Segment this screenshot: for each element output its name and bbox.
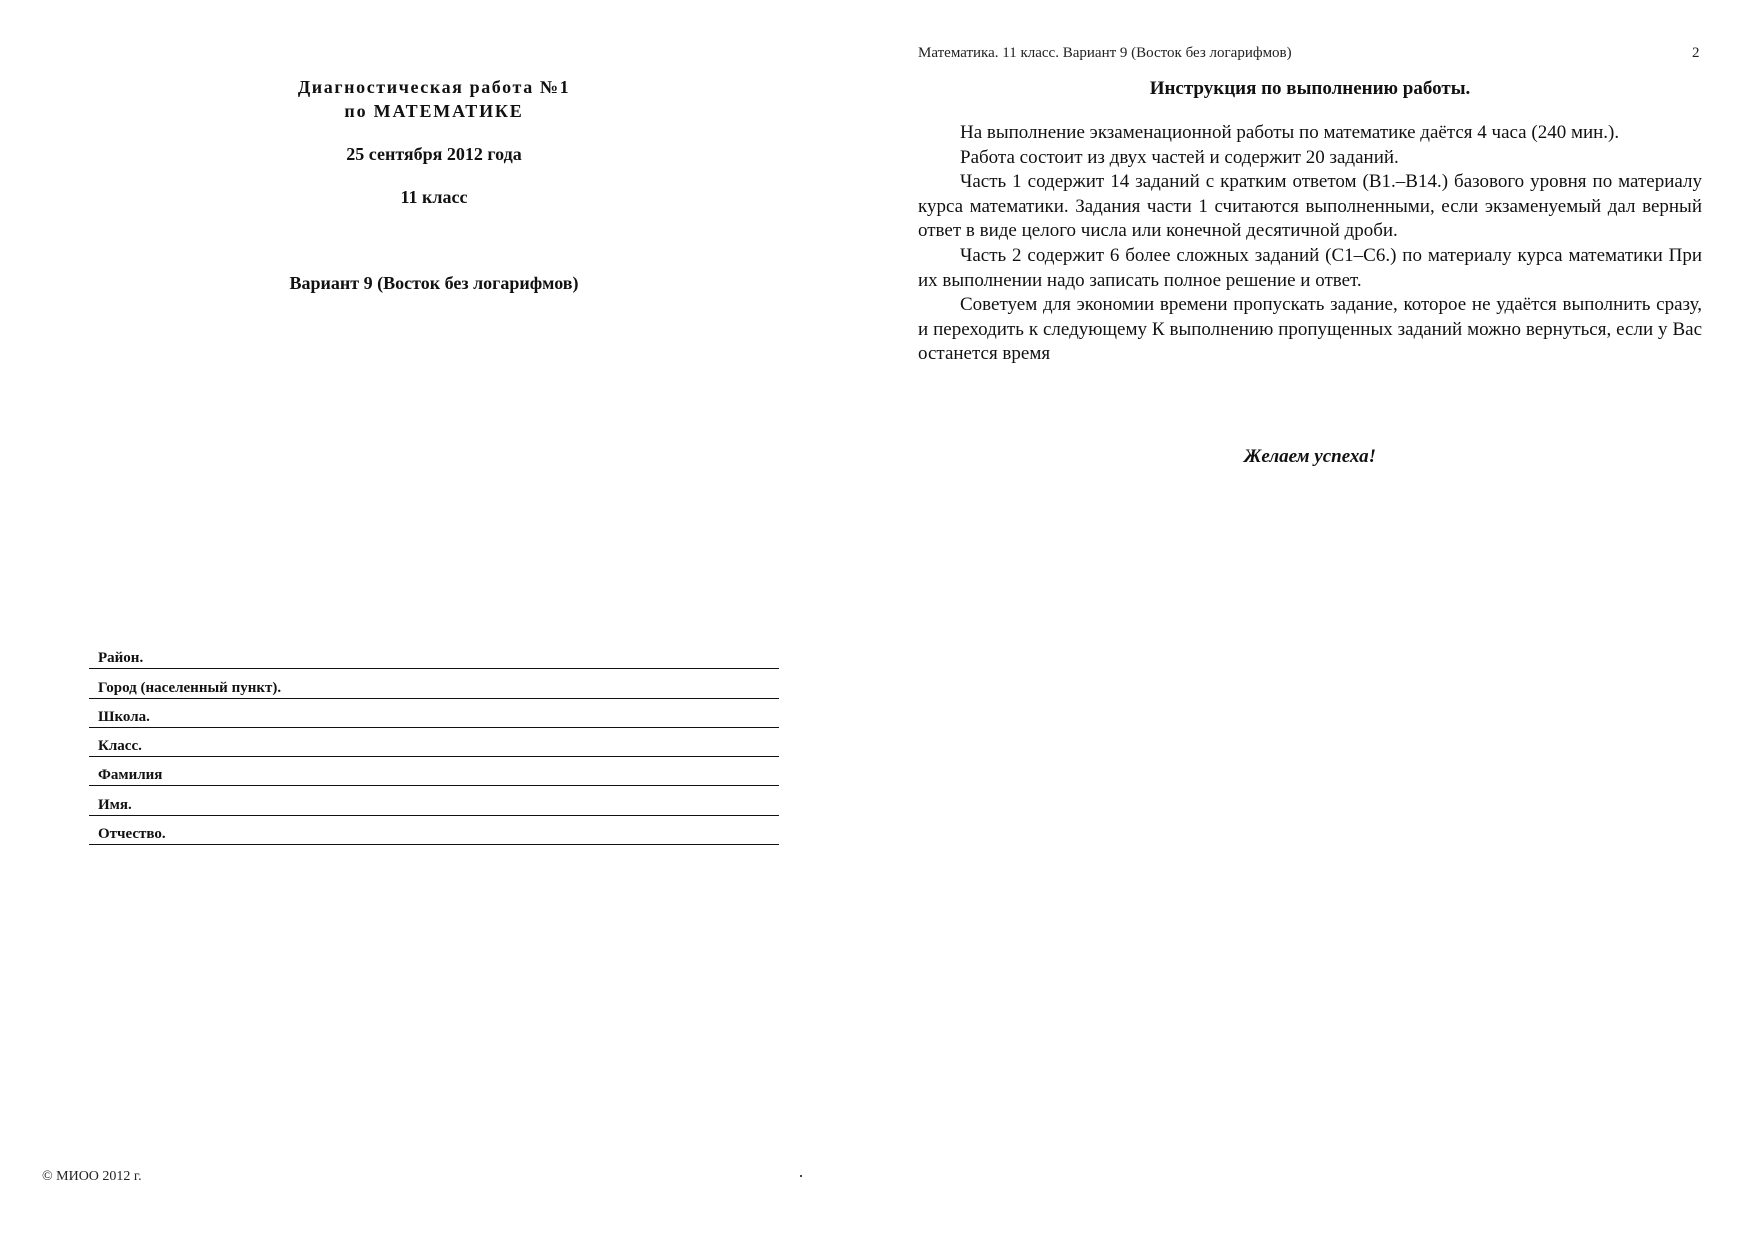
form-field-label: Отчество. [98,825,166,843]
instruction-title: Инструкция по выполнению работы. [918,78,1702,100]
form-field-label: Школа. [98,708,150,726]
page-dot-mark [800,1175,802,1177]
page-number: 2 [1692,44,1700,62]
form-field-school[interactable]: Школа. [89,699,779,728]
form-field-city[interactable]: Город (населенный пункт). [89,669,779,698]
document-subject: по МАТЕМАТИКЕ [0,100,868,122]
instruction-body: На выполнение экзаменационной работы по … [918,121,1702,367]
form-field-name[interactable]: Имя. [89,786,779,815]
form-field-label: Район. [98,649,143,667]
form-field-patronymic[interactable]: Отчество. [89,816,779,845]
form-field-surname[interactable]: Фамилия [89,757,779,786]
document-grade: 11 класс [0,186,868,208]
paragraph-duration: На выполнение экзаменационной работы по … [918,121,1702,146]
form-field-label: Имя. [98,796,132,814]
paragraph-part2: Часть 2 содержит 6 более сложных заданий… [918,244,1702,293]
form-field-label: Фамилия [98,766,162,784]
form-field-class[interactable]: Класс. [89,728,779,757]
document-title: Диагностическая работа №1 [0,76,868,98]
form-field-label: Класс. [98,737,142,755]
closing-wish: Желаем успеха! [918,446,1702,468]
form-field-label: Город (населенный пункт). [98,679,281,697]
copyright-notice: © МИОО 2012 г. [42,1168,142,1186]
document-variant: Вариант 9 (Восток без логарифмов) [0,272,868,294]
form-field-district[interactable]: Район. [89,640,779,669]
paragraph-structure: Работа состоит из двух частей и содержит… [918,146,1702,171]
paragraph-advice: Советуем для экономии времени пропускать… [918,293,1702,367]
paragraph-part1: Часть 1 содержит 14 заданий с кратким от… [918,170,1702,244]
running-header: Математика. 11 класс. Вариант 9 (Восток … [918,44,1292,62]
student-info-form: Район. Город (населенный пункт). Школа. … [89,640,779,845]
document-date: 25 сентября 2012 года [0,143,868,165]
